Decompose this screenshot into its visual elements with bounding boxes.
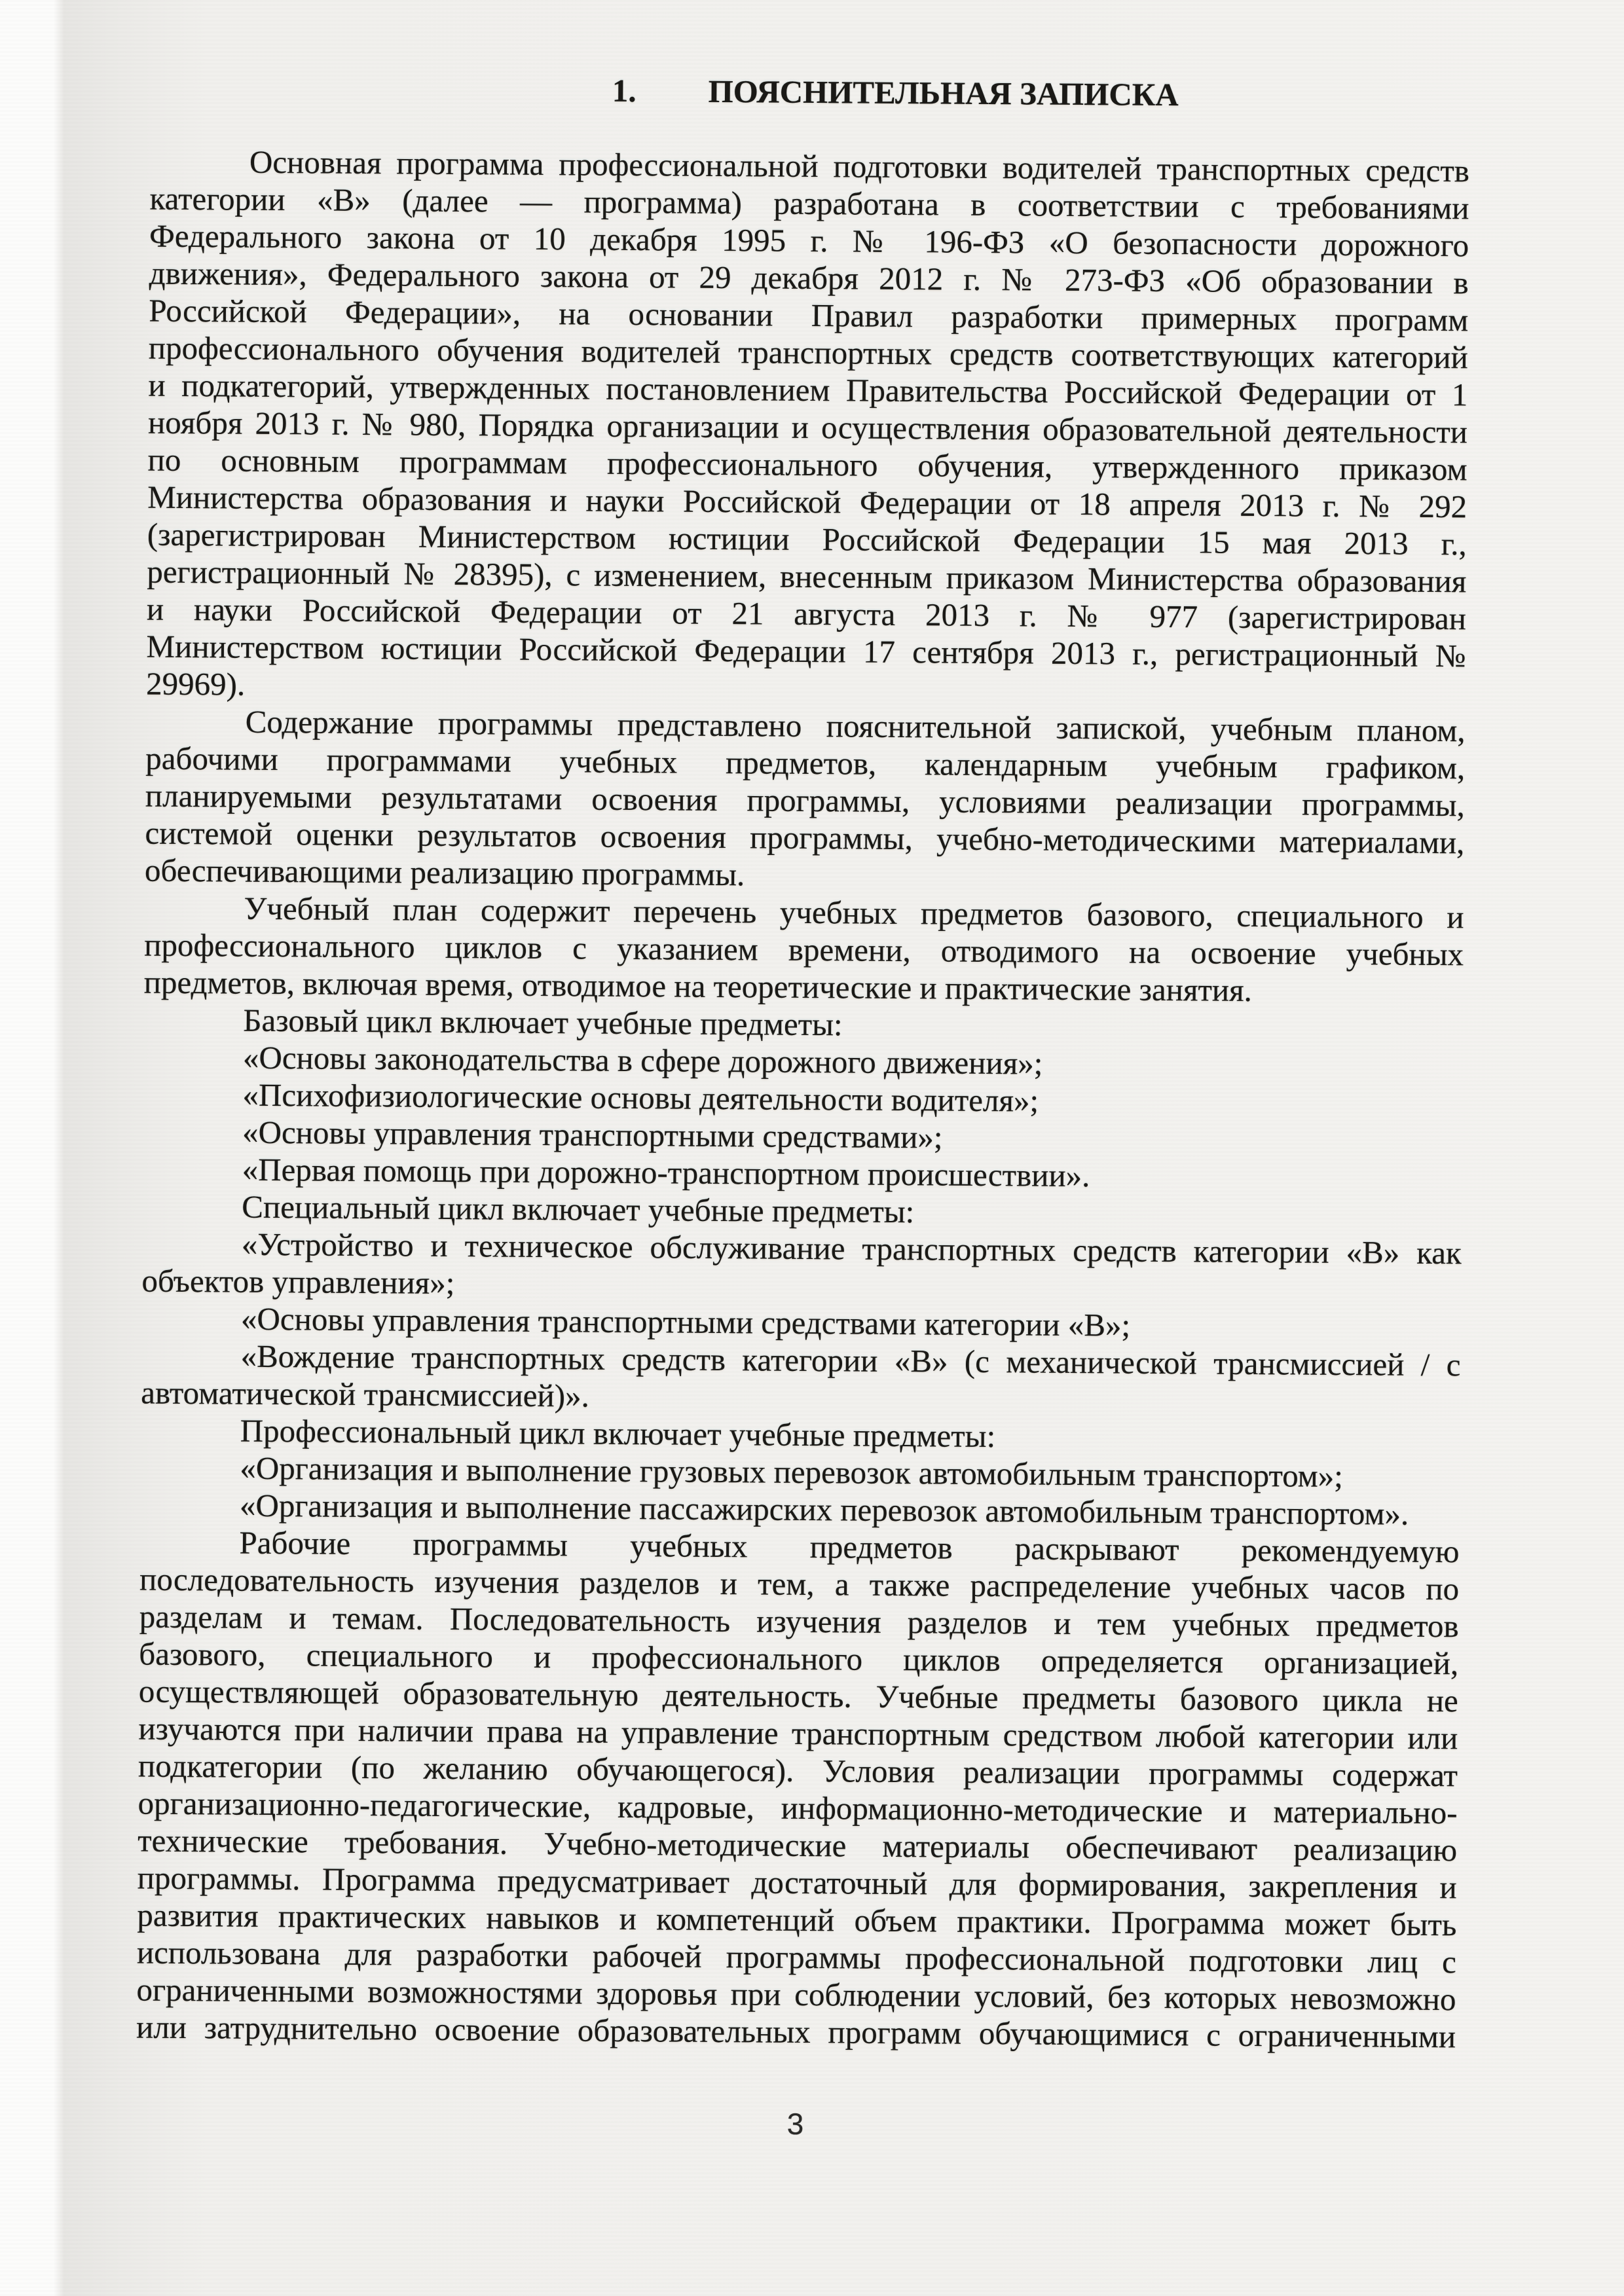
paragraph: Содержание программы представлено поясни… bbox=[145, 702, 1466, 899]
paragraph: Основная программа профессиональной подг… bbox=[146, 143, 1469, 712]
document-body: Основная программа профессиональной подг… bbox=[136, 143, 1469, 2056]
section-title: ПОЯСНИТЕЛЬНАЯ ЗАПИСКА bbox=[708, 73, 1179, 113]
paragraph: Учебный план содержит перечень учебных п… bbox=[144, 889, 1464, 1011]
paragraph: Рабочие программы учебных предметов раск… bbox=[136, 1523, 1460, 2056]
paragraph: «Устройство и техническое обслуживание т… bbox=[141, 1225, 1462, 1309]
document-content: 1. ПОЯСНИТЕЛЬНАЯ ЗАПИСКА Основная програ… bbox=[136, 69, 1470, 2148]
paragraph: «Вождение транспортных средств категории… bbox=[141, 1337, 1461, 1421]
section-number: 1. bbox=[612, 72, 637, 109]
scanned-document-page: { "document": { "heading": { "number": "… bbox=[0, 0, 1624, 2296]
